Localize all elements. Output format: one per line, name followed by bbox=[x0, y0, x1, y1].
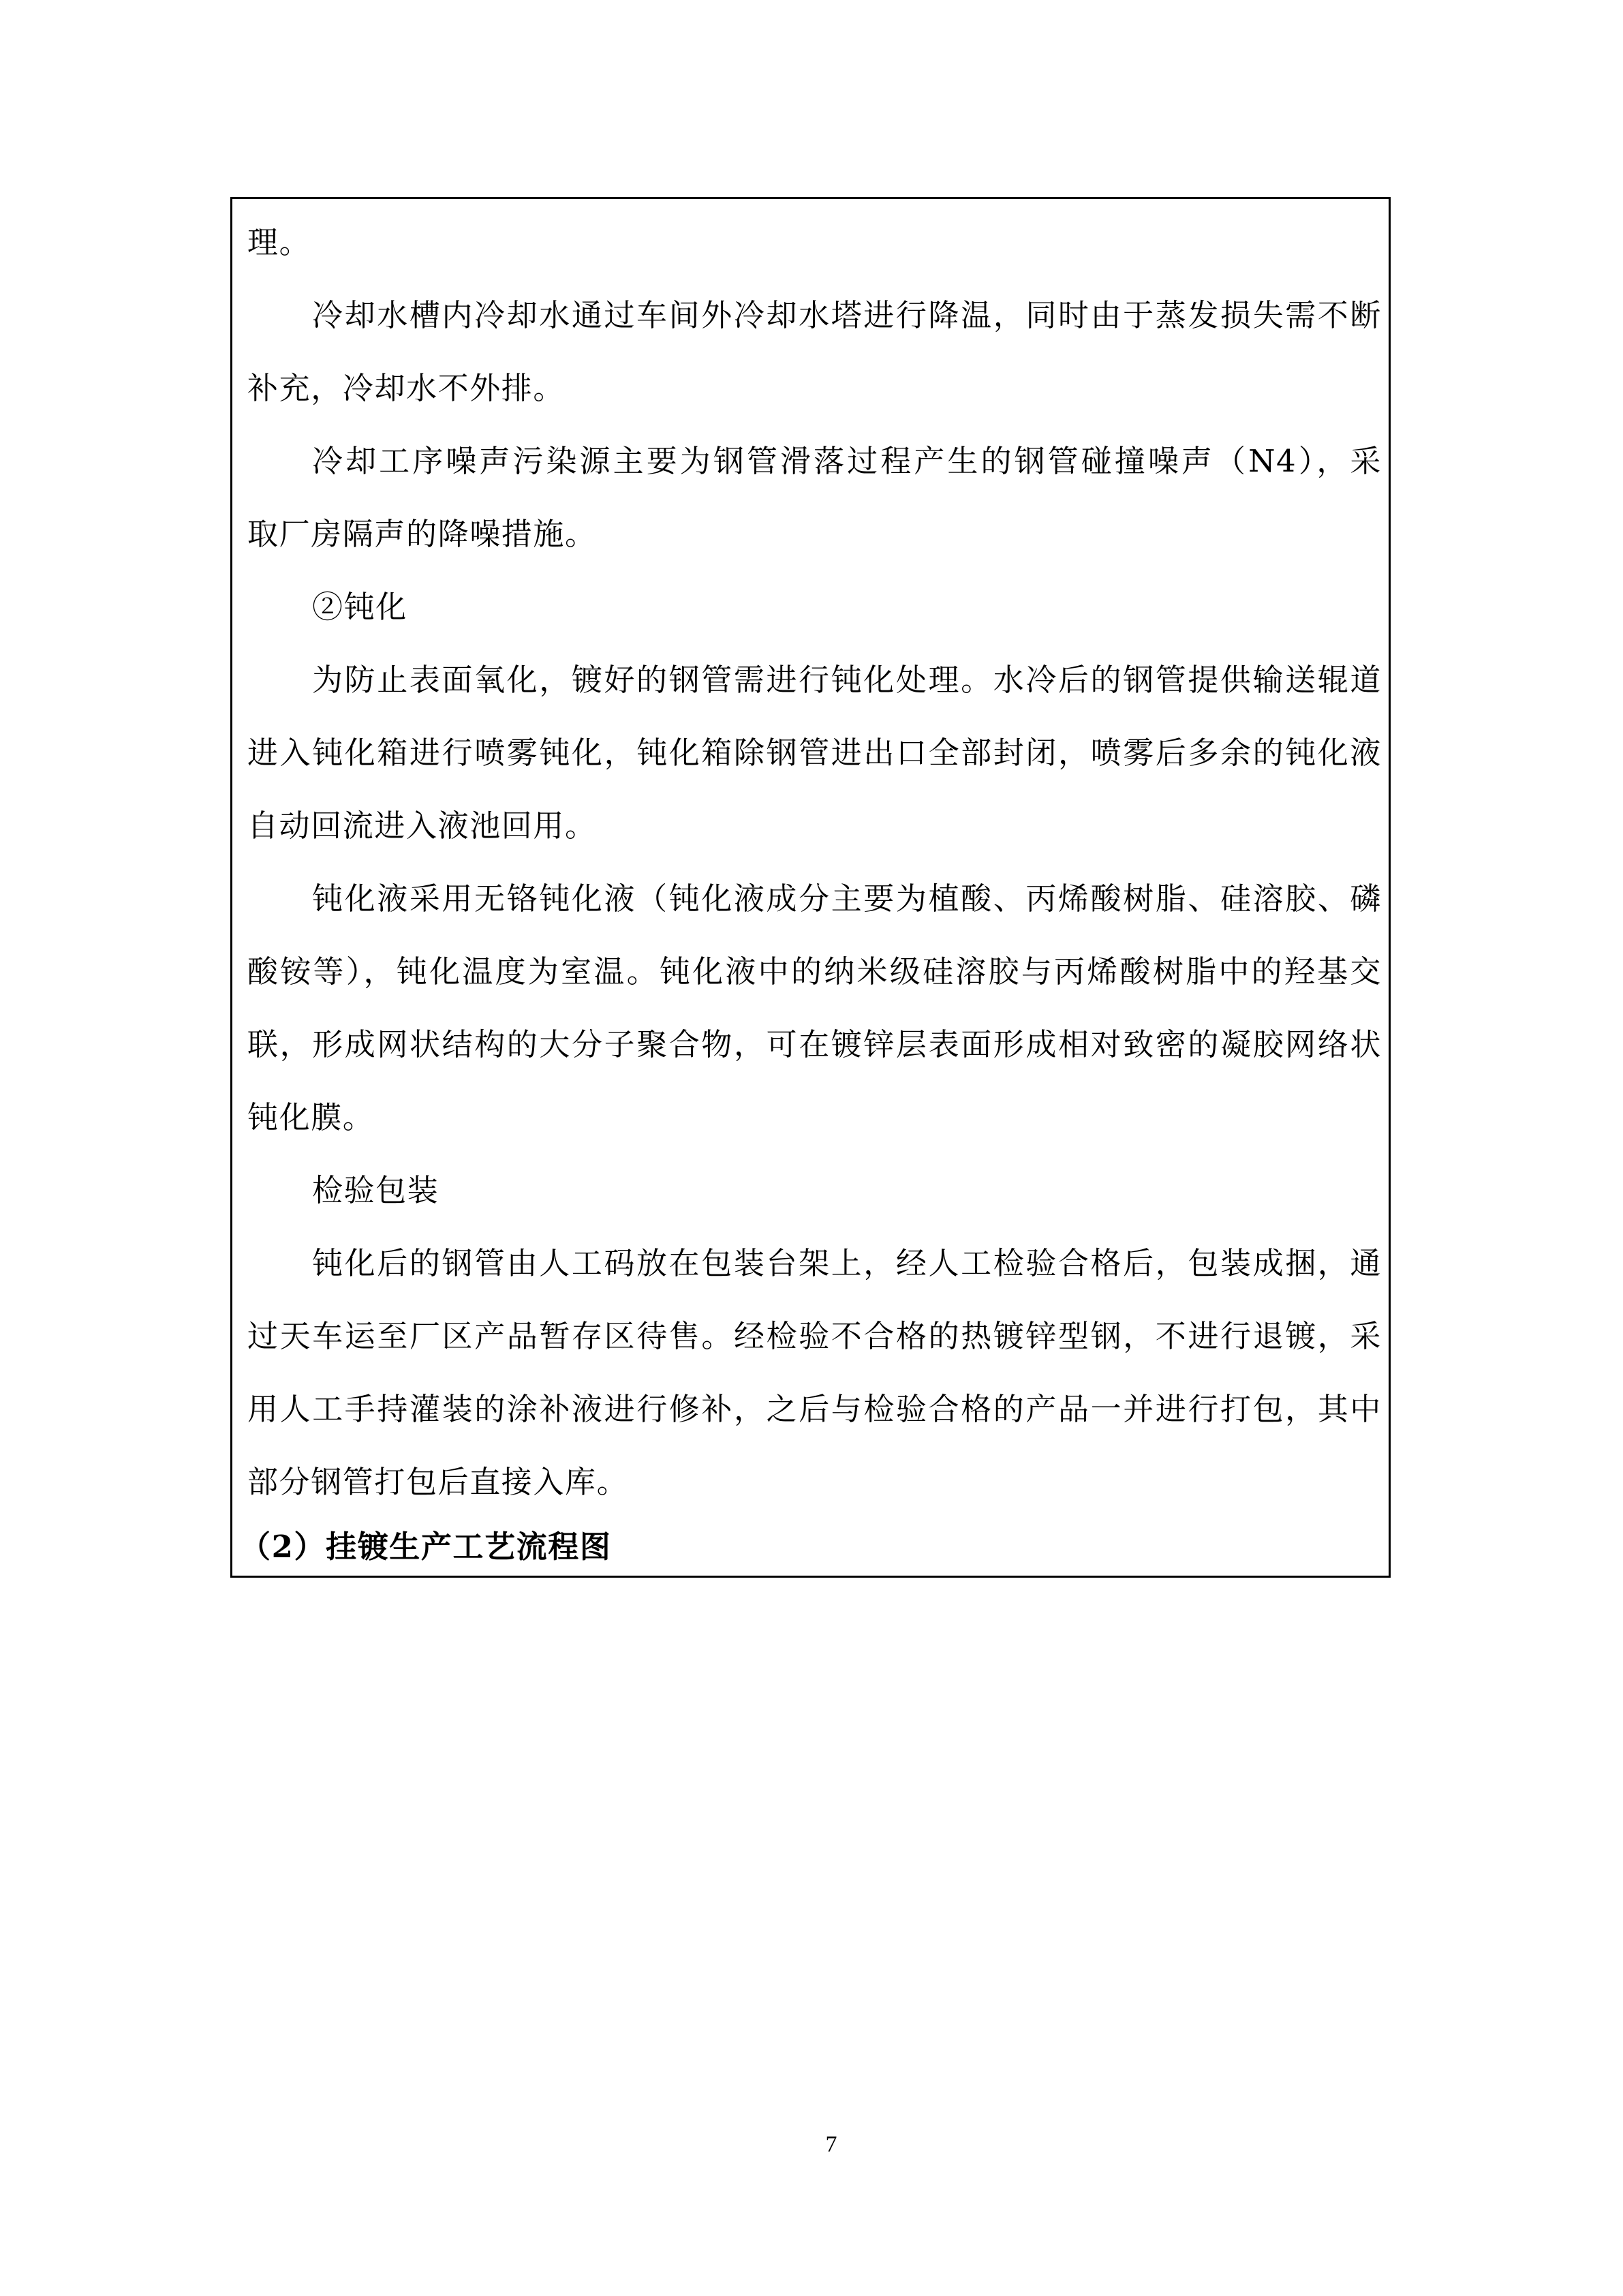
paragraph-passivation-liquid-line-4: 钝化膜。 bbox=[247, 1097, 1382, 1138]
page-number: 7 bbox=[818, 2132, 845, 2158]
paragraph-passivation-line-2: 进入钝化箱进行喷雾钝化，钝化箱除钢管进出口全部封闭，喷雾后多余的钝化液 bbox=[247, 733, 1382, 774]
paragraph-cooling-water-line-2: 补充，冷却水不外排。 bbox=[247, 368, 1382, 409]
document-page: 理。 冷却水槽内冷却水通过车间外冷却水塔进行降温，同时由于蒸发损失需不断 补充，… bbox=[0, 0, 1623, 2296]
section-heading-passivation: ②钝化 bbox=[312, 587, 1382, 628]
paragraph-packaging-line-3: 用人工手持灌装的涂补液进行修补，之后与检验合格的产品一并进行打包，其中 bbox=[247, 1389, 1382, 1430]
paragraph-passivation-liquid-line-1: 钝化液采用无铬钝化液（钝化液成分主要为植酸、丙烯酸树脂、硅溶胶、磷 bbox=[312, 878, 1382, 919]
paragraph-packaging-line-4: 部分钢管打包后直接入库。 bbox=[247, 1462, 1382, 1503]
paragraph-noise-line-1: 冷却工序噪声污染源主要为钢管滑落过程产生的钢管碰撞噪声（N4），采 bbox=[312, 441, 1382, 482]
paragraph-packaging-line-1: 钝化后的钢管由人工码放在包装台架上，经人工检验合格后，包装成捆，通 bbox=[312, 1243, 1382, 1284]
section-heading-hanging-plating-flowchart: （2）挂镀生产工艺流程图 bbox=[240, 1527, 1374, 1567]
paragraph-passivation-liquid-line-2: 酸铵等），钝化温度为室温。钝化液中的纳米级硅溶胶与丙烯酸树脂中的羟基交 bbox=[247, 951, 1382, 992]
paragraph-noise-line-2: 取厂房隔声的降噪措施。 bbox=[247, 514, 1382, 555]
section-heading-inspection-packaging: 检验包装 bbox=[312, 1170, 1382, 1211]
paragraph-packaging-line-2: 过天车运至厂区产品暂存区待售。经检验不合格的热镀锌型钢，不进行退镀，采 bbox=[247, 1316, 1382, 1357]
paragraph-line-continuation: 理。 bbox=[247, 222, 1382, 263]
paragraph-cooling-water-line-1: 冷却水槽内冷却水通过车间外冷却水塔进行降温，同时由于蒸发损失需不断 bbox=[312, 295, 1382, 336]
paragraph-passivation-liquid-line-3: 联，形成网状结构的大分子聚合物，可在镀锌层表面形成相对致密的凝胶网络状 bbox=[247, 1024, 1382, 1065]
paragraph-passivation-line-3: 自动回流进入液池回用。 bbox=[247, 806, 1382, 846]
paragraph-passivation-line-1: 为防止表面氧化，镀好的钢管需进行钝化处理。水冷后的钢管提供输送辊道 bbox=[312, 660, 1382, 701]
